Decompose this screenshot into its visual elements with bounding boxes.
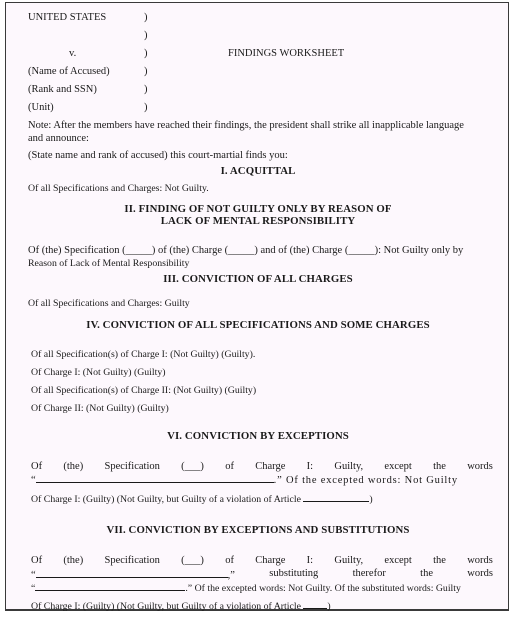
word: the [433,461,446,473]
word: words [467,461,493,473]
specification-blank: (___) [181,461,204,473]
mental-responsibility-finding-line-1: Of (the) Specification (_____) of (the) … [28,245,463,257]
excepted-words-group: “,” [31,568,235,582]
caption-line-name-of-accused: (Name of Accused) ) [28,66,110,78]
substitution-finding: .” Of the excepted words: Not Guilty. Of… [185,583,461,594]
word: except [384,461,411,473]
findings-worksheet-page: UNITED STATES ) ) v. ) (Name of Accused)… [5,2,509,611]
word: (the) [63,461,83,473]
mental-responsibility-finding-line-2: Reason of Lack of Mental Responsibility [28,258,189,270]
excepted-words-finding: .” Of the excepted words: Not Guilty [274,475,458,486]
substitutions-line-1: Of (the) Specification (___) of Charge I… [31,555,493,567]
substitutions-charge-finding: Of Charge I: (Guilty) (Not Guilty, but G… [31,599,331,613]
closing-paren: ) [327,601,330,612]
word: the [420,568,433,582]
word: words [467,568,493,582]
caption-paren: ) [144,48,148,60]
word: Of [31,555,42,567]
caption-line-unit: (Unit) ) [28,102,54,114]
word: I: [307,461,313,473]
note-line-1: Note: After the members have reached the… [28,120,464,132]
word: substituting [269,568,318,582]
specification-blank: (___) [181,555,204,567]
word: words [467,555,493,567]
exceptions-charge-finding: Of Charge I: (Guilty) (Not Guilty, but G… [31,492,373,506]
word: (the) [63,555,83,567]
substitutions-line-3: “.” Of the excepted words: Not Guilty. O… [31,581,461,595]
section-heading-exceptions-and-substitutions: VII. CONVICTION BY EXCEPTIONS AND SUBSTI… [6,524,510,536]
word: I: [307,555,313,567]
word: of [225,555,234,567]
charge-finding-text: Of Charge I: (Guilty) (Not Guilty, but G… [31,601,301,612]
caption-paren: ) [144,84,148,96]
excepted-words-blank[interactable] [36,473,274,483]
word: Guilty, [334,461,363,473]
closing-paren: ) [369,494,372,505]
charge-finding-text: Of Charge I: (Guilty) (Not Guilty, but G… [31,494,301,505]
word: Charge [255,555,285,567]
word: of [225,461,234,473]
caption-paren: ) [144,30,148,42]
note-line-2: and announce: [28,133,89,145]
caption-label: v. [69,48,76,60]
some-charges-item: Of Charge I: (Not Guilty) (Guilty) [31,367,166,379]
some-charges-item: Of all Specification(s) of Charge I: (No… [31,349,255,361]
conviction-all-charges-finding: Of all Specifications and Charges: Guilt… [28,298,190,310]
caption-label: (Name of Accused) [28,66,110,77]
section-heading-acquittal: I. ACQUITTAL [6,165,510,177]
worksheet-title: FINDINGS WORKSHEET [228,48,344,60]
caption-line-united-states: UNITED STATES ) [28,12,106,24]
section-heading-conviction-some-charges: IV. CONVICTION OF ALL SPECIFICATIONS AND… [6,319,510,331]
section-heading-conviction-all-charges: III. CONVICTION OF ALL CHARGES [6,273,510,285]
exceptions-line-1: Of (the) Specification (___) of Charge I… [31,461,493,473]
substitutions-line-2: “,” substituting therefor the words [31,568,493,582]
article-blank[interactable] [303,599,327,609]
excepted-words-blank[interactable] [36,568,228,578]
caption-line-rank-and-ssn: (Rank and SSN) ) [28,84,97,96]
substituted-words-blank[interactable] [35,581,185,591]
caption-paren: ) [144,12,148,24]
word: the [433,555,446,567]
acquittal-finding: Of all Specifications and Charges: Not G… [28,183,209,195]
article-blank[interactable] [303,492,369,502]
caption-label: (Unit) [28,102,54,113]
word: Specification [104,461,159,473]
word: Guilty, [334,555,363,567]
some-charges-item: Of all Specification(s) of Charge II: (N… [31,385,256,397]
caption-label: UNITED STATES [28,12,106,23]
word: Charge [255,461,285,473]
word: except [384,555,411,567]
exceptions-line-2: “.” Of the excepted words: Not Guilty [31,473,493,487]
close-quote: ,” [228,570,235,581]
word: Specification [104,555,159,567]
announcement-intro: (State name and rank of accused) this co… [28,150,288,162]
section-heading-not-guilty-by-reason: II. FINDING OF NOT GUILTY ONLY BY REASON… [6,203,510,215]
section-heading-lack-of-mental-responsibility: LACK OF MENTAL RESPONSIBILITY [6,215,510,227]
caption-paren: ) [144,66,148,78]
word: Of [31,461,42,473]
some-charges-item: Of Charge II: (Not Guilty) (Guilty) [31,403,169,415]
word: therefor [353,568,386,582]
section-heading-conviction-by-exceptions: VI. CONVICTION BY EXCEPTIONS [6,430,510,442]
caption-label: (Rank and SSN) [28,84,97,95]
caption-paren: ) [144,102,148,114]
